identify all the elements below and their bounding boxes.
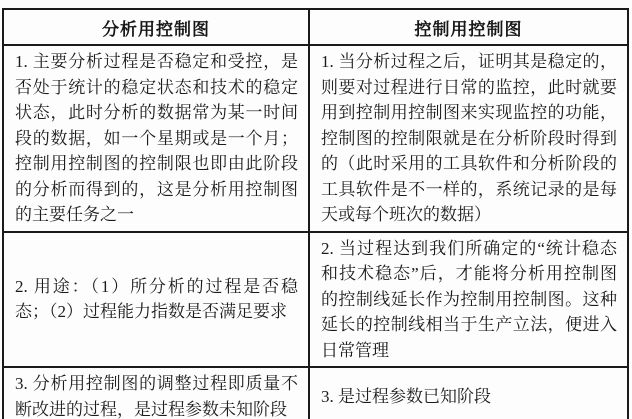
scanned-document-page: 分析用控制图 控制用控制图 1. 主要分析过程是否稳定和受控，是否处于统计的稳定…	[0, 0, 632, 419]
cell-analysis-point-1: 1. 主要分析过程是否稳定和受控，是否处于统计的稳定状态和技术的稳定状态，此时分…	[3, 45, 309, 232]
control-chart-comparison-table: 分析用控制图 控制用控制图 1. 主要分析过程是否稳定和受控，是否处于统计的稳定…	[2, 8, 629, 419]
table-row: 1. 主要分析过程是否稳定和受控，是否处于统计的稳定状态和技术的稳定状态，此时分…	[3, 45, 628, 232]
cell-control-point-3: 3. 是过程参数已知阶段	[309, 367, 628, 419]
table-row: 3. 分析用控制图的调整过程即质量不断改进的过程，是过程参数未知阶段 3. 是过…	[3, 367, 628, 419]
table-header-row: 分析用控制图 控制用控制图	[3, 9, 628, 45]
cell-control-point-1: 1. 当分析过程之后，证明其是稳定的，则要对过程进行日常的监控，此时就要用到控制…	[309, 45, 628, 232]
header-analysis-control-chart: 分析用控制图	[3, 9, 309, 45]
cell-control-point-2: 2. 当过程达到我们所确定的“统计稳态和技术稳态”后，才能将分析用控制图的控制线…	[309, 232, 628, 368]
table-row: 2. 用途：（1）所分析的过程是否稳态；（2）过程能力指数是否满足要求 2. 当…	[3, 232, 628, 368]
cell-analysis-point-2: 2. 用途：（1）所分析的过程是否稳态；（2）过程能力指数是否满足要求	[3, 232, 309, 368]
header-control-use-control-chart: 控制用控制图	[309, 9, 628, 45]
cell-analysis-point-3: 3. 分析用控制图的调整过程即质量不断改进的过程，是过程参数未知阶段	[3, 367, 309, 419]
